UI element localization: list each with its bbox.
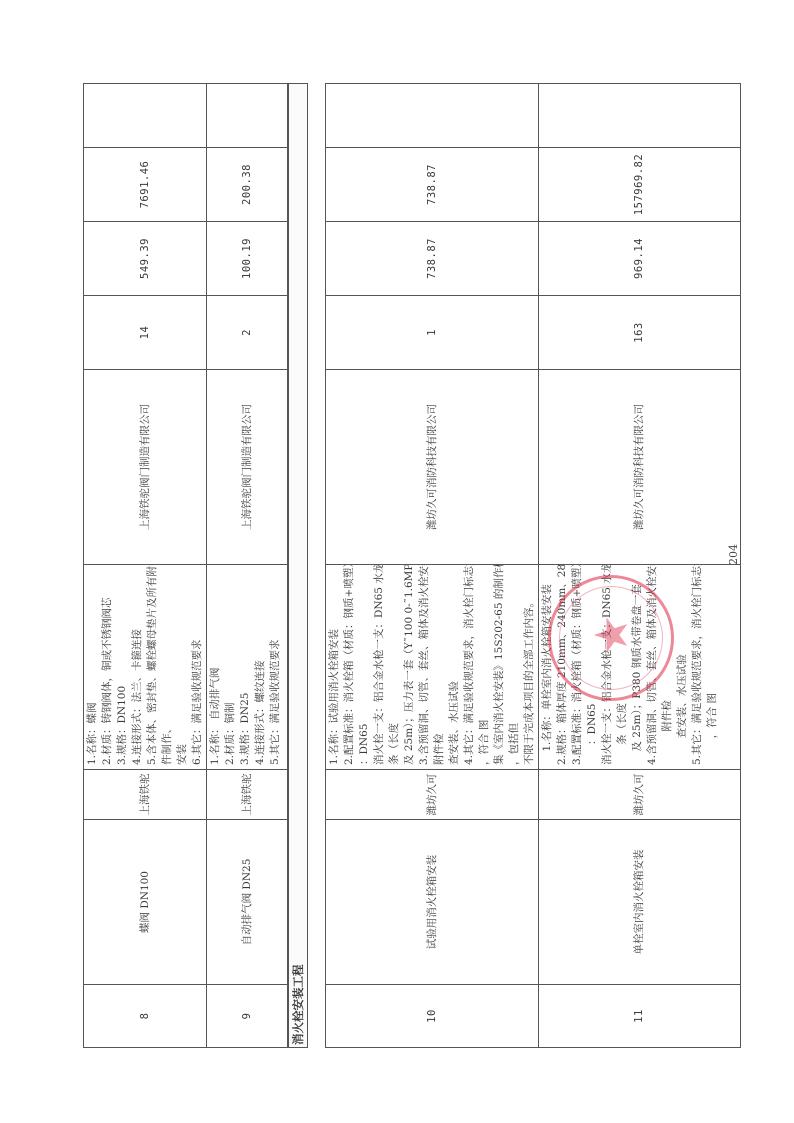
feature-line: 2.规格：箱体厚度 210mm、240mm、280mm、320mm	[555, 569, 570, 765]
feature-line: 消火栓一支：铝合金水枪一支：DN65 水龙带一	[600, 569, 615, 765]
unit-price: 738.87	[326, 222, 539, 296]
feature-line: 3.规格：DN25	[238, 569, 253, 765]
quantity: 1	[326, 296, 539, 370]
item-name: 蝶阀 DN100	[84, 820, 207, 985]
feature-line: 1.名称：试验用消火栓箱安装	[327, 569, 342, 765]
table-row: 10试验用消火栓箱安装潍坊久可1.名称：试验用消火栓箱安装2.配置标准：消火栓箱…	[326, 84, 539, 1048]
feature-line: 5.其它：满足验收规范要求，消火栓门标志完全	[690, 569, 705, 765]
feature-line: 查安装、水压试验	[447, 569, 462, 765]
feature-line: 2.材质：铜制	[223, 569, 238, 765]
feature-line: 3.含预留洞、切管、套丝、箱体及消火栓安装、	[417, 569, 432, 765]
feature-line: 4.连接形式：法兰、卡箍连接	[130, 569, 145, 765]
feature-line: 安装	[175, 569, 190, 765]
feature-line: 条（长度	[387, 569, 402, 765]
section-title: 消火栓安装工程	[288, 84, 308, 1048]
feature-line: 不限于完成本项目的全部工作内容。	[522, 569, 537, 765]
feature-line: 件制作、	[160, 569, 175, 765]
feature-line: 查安装、水压试验	[675, 569, 690, 765]
total-price: 7691.46	[84, 148, 207, 222]
table-row: 11单栓室内消火栓箱安装潍坊久可 1.名称：单栓室内消火栓箱安装安装2.规格：箱…	[539, 84, 741, 1048]
manufacturer: 潍坊久可消防科技有限公司	[539, 370, 741, 565]
page-number: 204	[727, 544, 740, 565]
brand: 上海铁驼	[207, 770, 289, 820]
feature-line: 1.名称： 自动排气阀	[208, 569, 223, 765]
table-row: 8蝶阀 DN100上海铁驼1.名称：蝶阀2.材质：铸钢阀体，铜或不锈钢阀芯3.规…	[84, 84, 207, 1048]
brand: 上海铁驼	[84, 770, 207, 820]
feature-line: 附件检	[660, 569, 675, 765]
feature-line: 5.含本体、密封垫、螺栓螺母垫片及所有附(配)	[145, 569, 160, 765]
item-name: 试验用消火栓箱安装	[326, 820, 539, 985]
quantity: 14	[84, 296, 207, 370]
feature-line: ，符合 图	[705, 569, 720, 765]
unit-price: 549.39	[84, 222, 207, 296]
feature-line: 消火栓一支：铝合金水枪一支：DN65 水龙带一	[372, 569, 387, 765]
item-number: 8	[84, 985, 207, 1048]
section-gap-row	[308, 84, 326, 1048]
brand: 潍坊久可	[539, 770, 741, 820]
total-price: 200.38	[207, 148, 289, 222]
quantity: 2	[207, 296, 289, 370]
feature-line: 及 25m）；压力表一套（Y˜100 0-˜1.6MPa）	[402, 569, 417, 765]
item-name: 自动排气阀 DN25	[207, 820, 289, 985]
feature-line: 及 25m）；P380 钢质水带卷盘一套	[630, 569, 645, 765]
feature-line: 3.规格：DN100	[115, 569, 130, 765]
feature-line: 附件检	[432, 569, 447, 765]
table-row: 9自动排气阀 DN25上海铁驼1.名称： 自动排气阀2.材质：铜制3.规格：DN…	[207, 84, 289, 1048]
feature-line: 4.含预留洞、切管、套丝、箱体及消火栓安装、	[645, 569, 660, 765]
rows-before-section: 8蝶阀 DN100上海铁驼1.名称：蝶阀2.材质：铸钢阀体，铜或不锈钢阀芯3.规…	[84, 84, 289, 1048]
feature-line: 3.配置标准：消火栓箱（材质：钢质+喷塑）体	[570, 569, 585, 765]
quantity: 163	[539, 296, 741, 370]
feature-line: 4.其它：满足验收规范要求，消火栓门标志完全	[462, 569, 477, 765]
feature-line: 集《室内消火栓安装》15S202-65 的制作标准	[492, 569, 507, 765]
manufacturer: 上海铁驼阀门制造有限公司	[84, 370, 207, 565]
item-features: 1.名称：试验用消火栓箱安装2.配置标准：消火栓箱（材质：钢质+喷塑）体：DN6…	[326, 565, 539, 770]
item-number: 10	[326, 985, 539, 1048]
rows-after-section: 10试验用消火栓箱安装潍坊久可1.名称：试验用消火栓箱安装2.配置标准：消火栓箱…	[326, 84, 741, 1048]
brand: 潍坊久可	[326, 770, 539, 820]
item-number: 11	[539, 985, 741, 1048]
feature-line: 1.名称：蝶阀	[85, 569, 100, 765]
total-price: 157969.82	[539, 148, 741, 222]
feature-line: 2.材质：铸钢阀体，铜或不锈钢阀芯	[100, 569, 115, 765]
rotated-quote-table-sheet: 8蝶阀 DN100上海铁驼1.名称：蝶阀2.材质：铸钢阀体，铜或不锈钢阀芯3.规…	[83, 84, 706, 1048]
feature-line: ：DN65	[585, 569, 600, 765]
manufacturer: 潍坊久可消防科技有限公司	[326, 370, 539, 565]
feature-line: 6.其它：满足验收规范要求	[190, 569, 205, 765]
remarks	[326, 84, 539, 148]
feature-line: ，符合 图	[477, 569, 492, 765]
remarks	[207, 84, 289, 148]
remarks	[539, 84, 741, 148]
feature-line: 5.其它：满足验收规范要求	[268, 569, 283, 765]
feature-line: 4.连接形式：螺纹连接	[253, 569, 268, 765]
feature-line: 2.配置标准：消火栓箱（材质：钢质+喷塑）体	[342, 569, 357, 765]
item-number: 9	[207, 985, 289, 1048]
manufacturer: 上海铁驼阀门制造有限公司	[207, 370, 289, 565]
section-header-row: 消火栓安装工程	[288, 84, 308, 1048]
total-price: 738.87	[326, 148, 539, 222]
item-features: 1.名称：蝶阀2.材质：铸钢阀体，铜或不锈钢阀芯3.规格：DN1004.连接形式…	[84, 565, 207, 770]
feature-line: ，包括但	[507, 569, 522, 765]
bill-of-quantities-table: 8蝶阀 DN100上海铁驼1.名称：蝶阀2.材质：铸钢阀体，铜或不锈钢阀芯3.规…	[83, 83, 741, 1048]
feature-line: ：DN65	[357, 569, 372, 765]
feature-line: 条（长度	[615, 569, 630, 765]
unit-price: 969.14	[539, 222, 741, 296]
feature-line: 1.名称：单栓室内消火栓箱安装安装	[540, 569, 555, 765]
item-name: 单栓室内消火栓箱安装	[539, 820, 741, 985]
item-features: 1.名称：单栓室内消火栓箱安装安装2.规格：箱体厚度 210mm、240mm、2…	[539, 565, 741, 770]
remarks	[84, 84, 207, 148]
unit-price: 100.19	[207, 222, 289, 296]
item-features: 1.名称： 自动排气阀2.材质：铜制3.规格：DN254.连接形式：螺纹连接5.…	[207, 565, 289, 770]
